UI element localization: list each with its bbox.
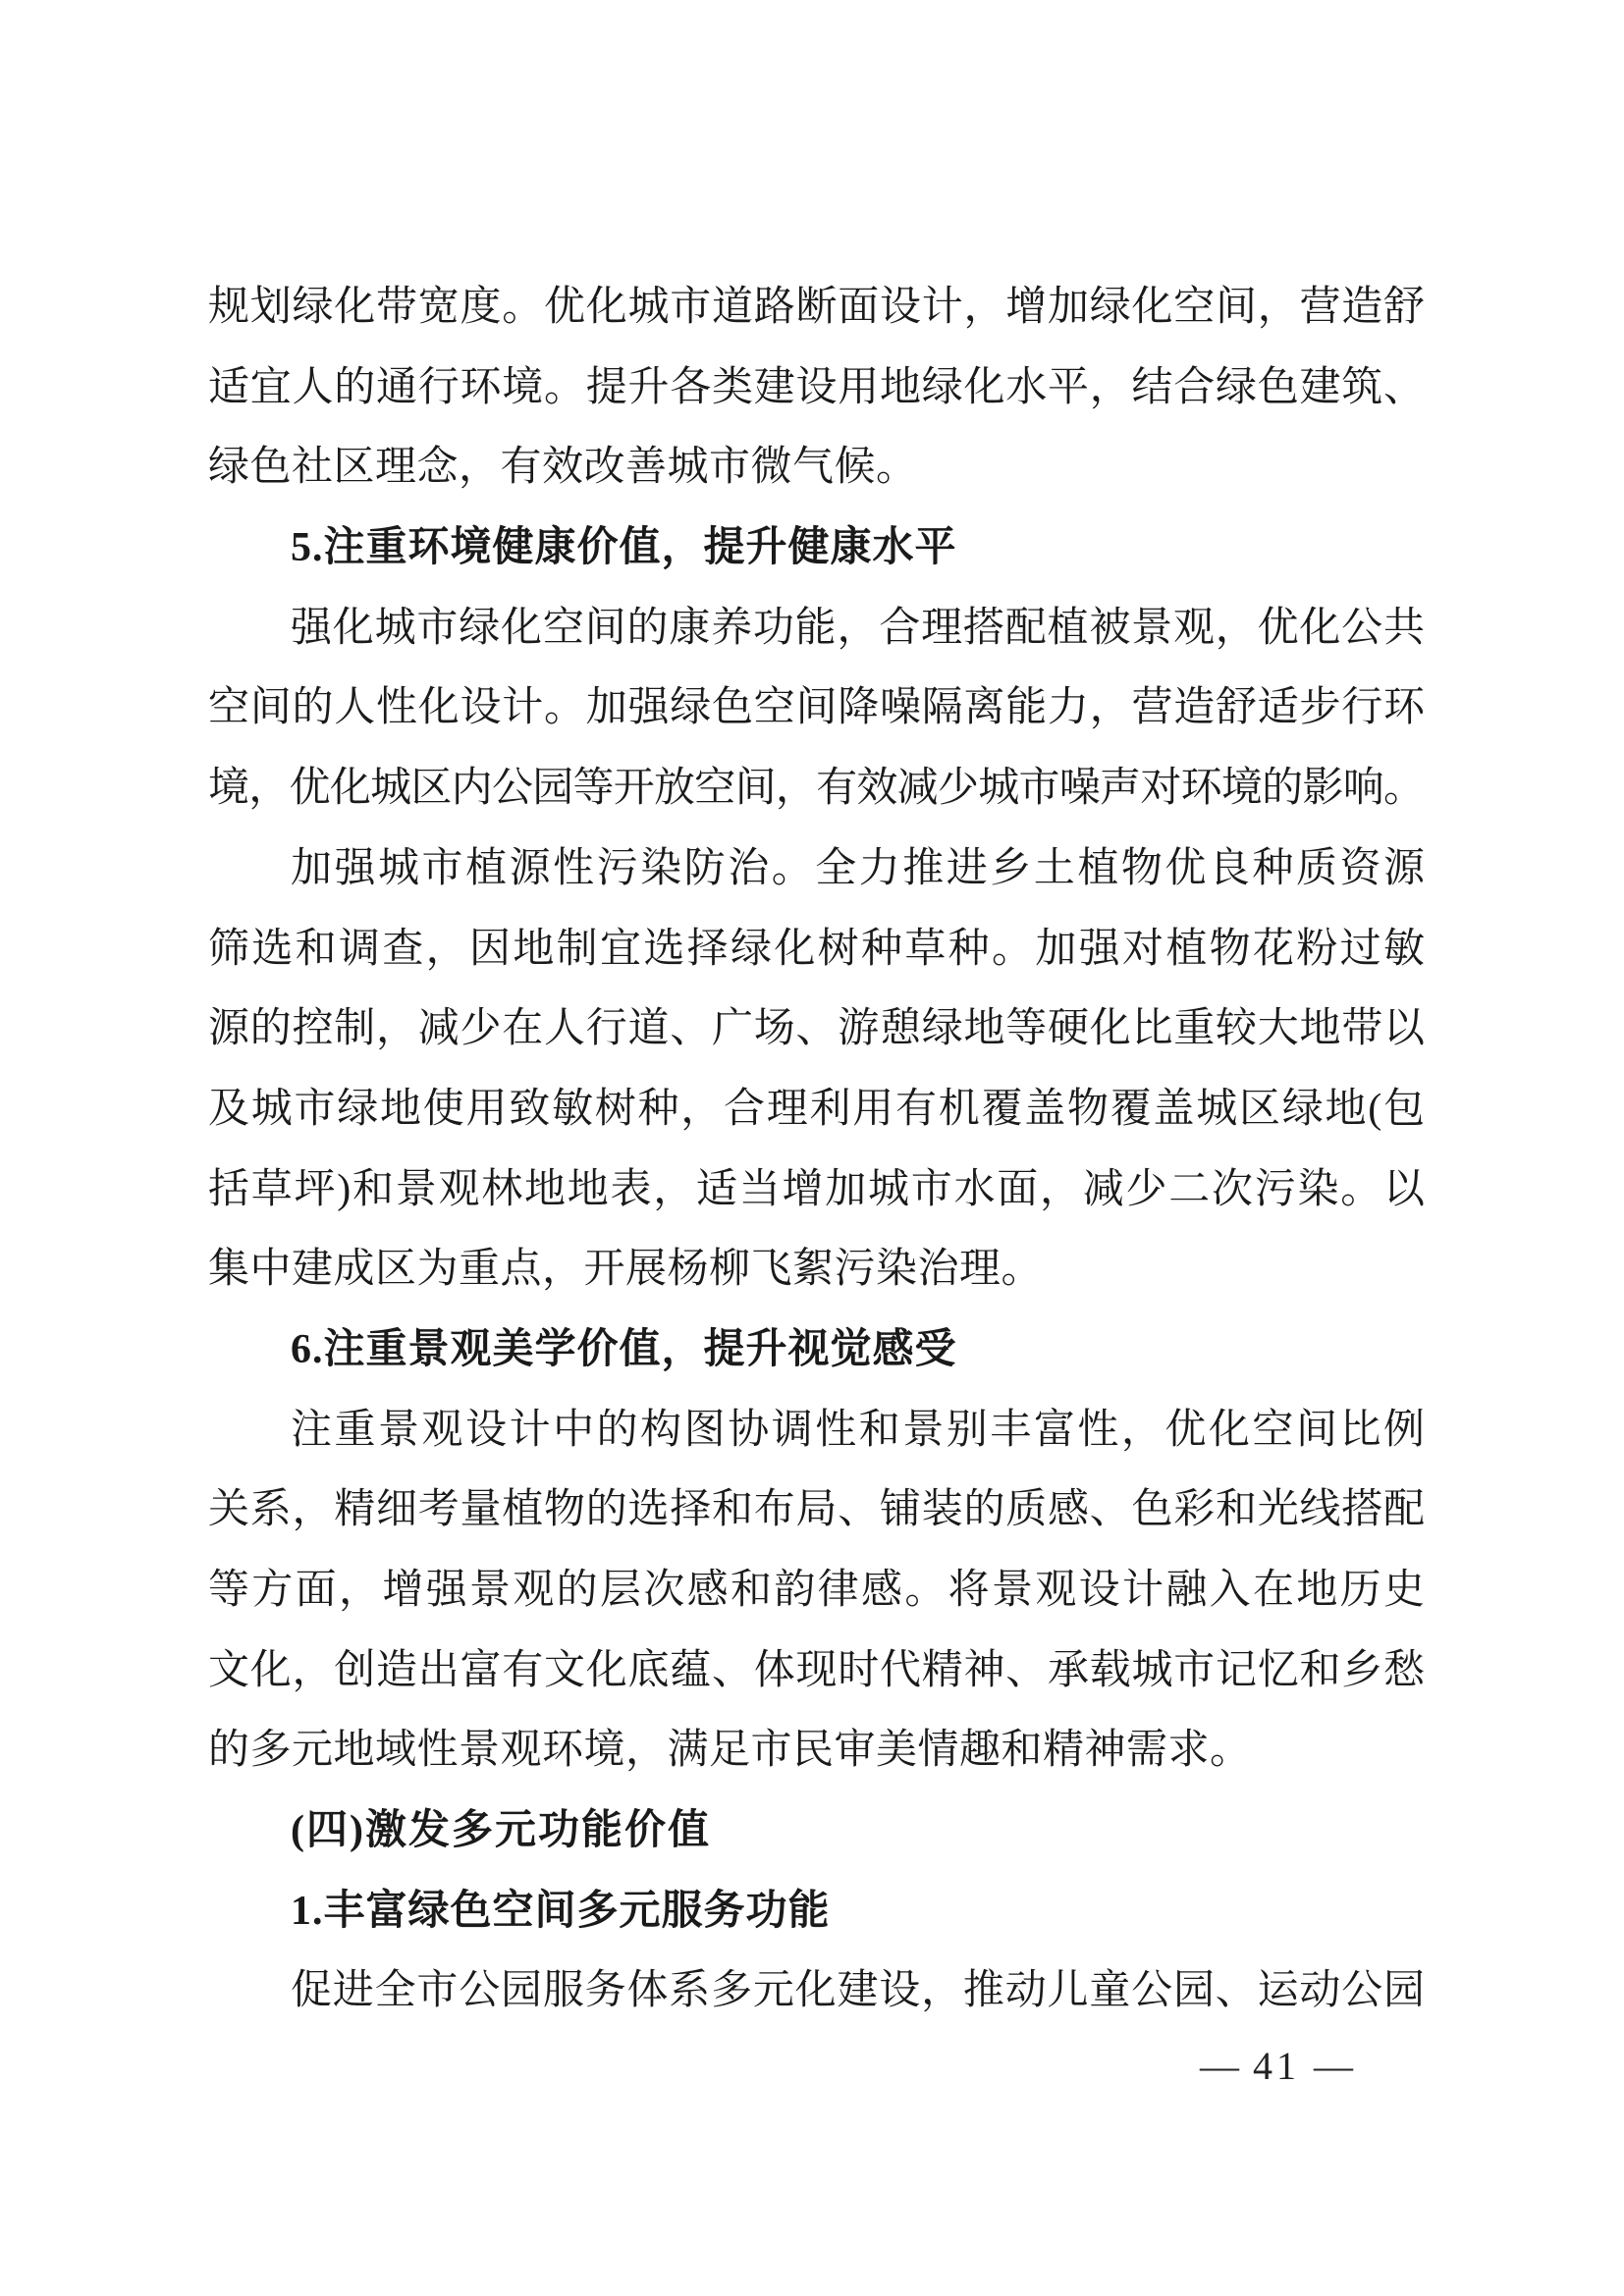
text-line: 等方面，增强景观的层次感和韵律感。将景观设计融入在地历史	[208, 1551, 1424, 1631]
heading-line: 1.丰富绿色空间多元服务功能	[208, 1872, 1424, 1952]
page-footer: — 41 —	[1200, 2043, 1353, 2088]
footer-dash-left: —	[1200, 2043, 1239, 2089]
page-number: 41	[1253, 2043, 1300, 2089]
text-line: 强化城市绿化空间的康养功能，合理搭配植被景观，优化公共	[208, 589, 1424, 669]
footer-dash-right: —	[1314, 2043, 1353, 2089]
text-line: 绿色社区理念，有效改善城市微气候。	[208, 428, 1424, 508]
heading-line: 5.注重环境健康价值，提升健康水平	[208, 508, 1424, 589]
text-line: 的多元地域性景观环境，满足市民审美情趣和精神需求。	[208, 1711, 1424, 1791]
text-line: 及城市绿地使用致敏树种，合理利用有机覆盖物覆盖城区绿地(包	[208, 1070, 1424, 1150]
text-line: 加强城市植源性污染防治。全力推进乡土植物优良种质资源	[208, 829, 1424, 910]
text-line: 筛选和调查，因地制宜选择绿化树种草种。加强对植物花粉过敏	[208, 910, 1424, 990]
text-line: 规划绿化带宽度。优化城市道路断面设计，增加绿化空间，营造舒	[208, 268, 1424, 348]
heading-line: (四)激发多元功能价值	[208, 1791, 1424, 1872]
text-line: 关系，精细考量植物的选择和布局、铺装的质感、色彩和光线搭配	[208, 1470, 1424, 1551]
text-line: 注重景观设计中的构图协调性和景别丰富性，优化空间比例	[208, 1391, 1424, 1471]
document-sheet: 规划绿化带宽度。优化城市道路断面设计，增加绿化空间，营造舒适宜人的通行环境。提升…	[0, 0, 1624, 2296]
text-line: 促进全市公园服务体系多元化建设，推动儿童公园、运动公园	[208, 1951, 1424, 2032]
document-body: 规划绿化带宽度。优化城市道路断面设计，增加绿化空间，营造舒适宜人的通行环境。提升…	[208, 268, 1424, 2032]
text-line: 集中建成区为重点，开展杨柳飞絮污染治理。	[208, 1230, 1424, 1310]
text-line: 空间的人性化设计。加强绿色空间降噪隔离能力，营造舒适步行环	[208, 668, 1424, 749]
text-line: 括草坪)和景观林地地表，适当增加城市水面，减少二次污染。以	[208, 1150, 1424, 1231]
text-line: 境，优化城区内公园等开放空间，有效减少城市噪声对环境的影响。	[208, 749, 1424, 829]
heading-line: 6.注重景观美学价值，提升视觉感受	[208, 1310, 1424, 1391]
text-line: 文化，创造出富有文化底蕴、体现时代精神、承载城市记忆和乡愁	[208, 1631, 1424, 1712]
text-line: 适宜人的通行环境。提升各类建设用地绿化水平，结合绿色建筑、	[208, 348, 1424, 429]
text-line: 源的控制，减少在人行道、广场、游憩绿地等硬化比重较大地带以	[208, 989, 1424, 1070]
